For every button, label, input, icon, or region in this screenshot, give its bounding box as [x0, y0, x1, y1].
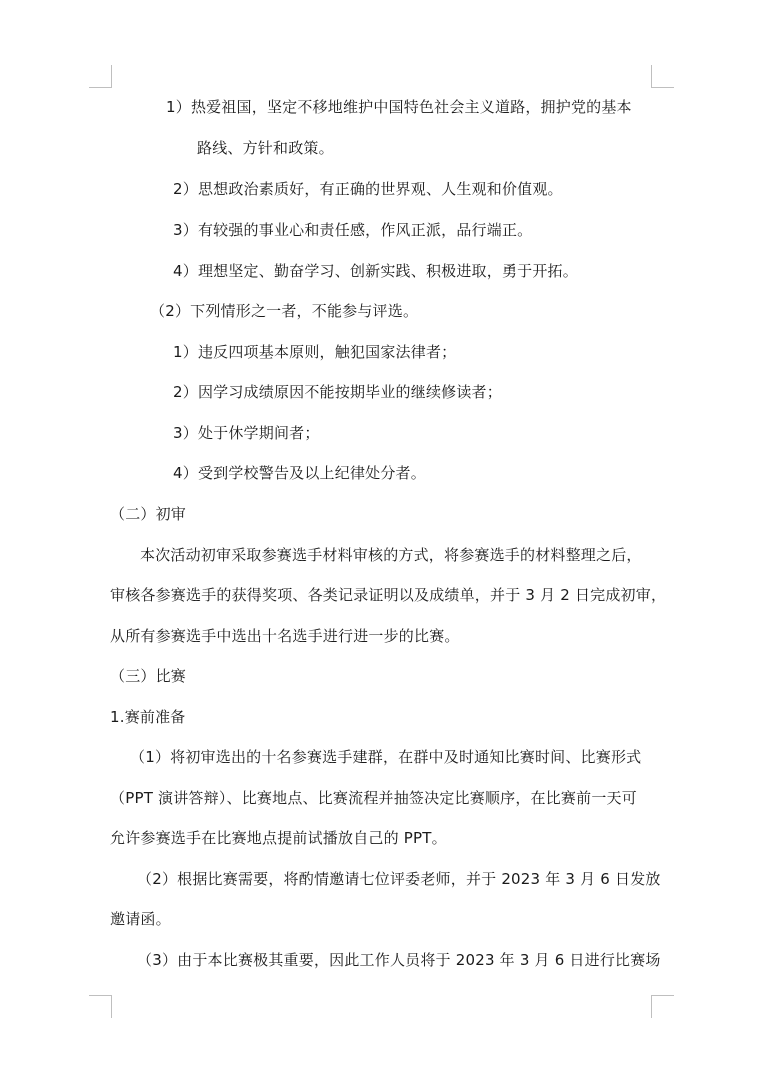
text-line: 1.赛前准备: [110, 707, 186, 727]
text-line: 2）思想政治素质好，有正确的世界观、人生观和价值观。: [173, 179, 563, 199]
page-corner-mark-top-left: [89, 65, 112, 88]
text-line: 本次活动初审采取参赛选手材料审核的方式，将参赛选手的材料整理之后，: [140, 545, 642, 565]
text-line: （PPT 演讲答辩）、比赛地点、比赛流程并抽签决定比赛顺序，在比赛前一天可: [110, 788, 637, 808]
text-line: 路线、方针和政策。: [197, 138, 334, 158]
text-line: 2）因学习成绩原因不能按期毕业的继续修读者；: [173, 382, 502, 402]
page-corner-mark-top-right: [651, 65, 674, 88]
text-line: 邀请函。: [110, 909, 171, 929]
text-line: 4）受到学校警告及以上纪律处分者。: [173, 463, 426, 483]
page-corner-mark-bottom-left: [89, 995, 112, 1018]
text-line: 1）违反四项基本原则，触犯国家法律者；: [173, 342, 456, 362]
text-line: （三）比赛: [110, 666, 186, 686]
text-line: （3）由于本比赛极其重要，因此工作人员将于 2023 年 3 月 6 日进行比赛…: [137, 950, 661, 970]
text-line: 3）处于休学期间者；: [173, 423, 320, 443]
text-line: （2）根据比赛需要，将酌情邀请七位评委老师，并于 2023 年 3 月 6 日发…: [137, 869, 661, 889]
text-line: （二）初审: [110, 504, 186, 524]
text-line: （1）将初审选出的十名参赛选手建群，在群中及时通知比赛时间、比赛形式: [130, 747, 641, 767]
text-line: 允许参赛选手在比赛地点提前试播放自己的 PPT。: [110, 828, 447, 848]
text-line: 1）热爱祖国，坚定不移地维护中国特色社会主义道路，拥护党的基本: [166, 97, 632, 117]
text-line: 3）有较强的事业心和责任感，作风正派，品行端正。: [173, 220, 532, 240]
text-line: （2）下列情形之一者，不能参与评选。: [150, 301, 418, 321]
text-line: 审核各参赛选手的获得奖项、各类记录证明以及成绩单，并于 3 月 2 日完成初审，: [110, 585, 666, 605]
page-corner-mark-bottom-right: [651, 995, 674, 1018]
text-line: 从所有参赛选手中选出十名选手进行进一步的比赛。: [110, 626, 460, 646]
text-line: 4）理想坚定、勤奋学习、创新实践、积极进取，勇于开拓。: [173, 261, 578, 281]
